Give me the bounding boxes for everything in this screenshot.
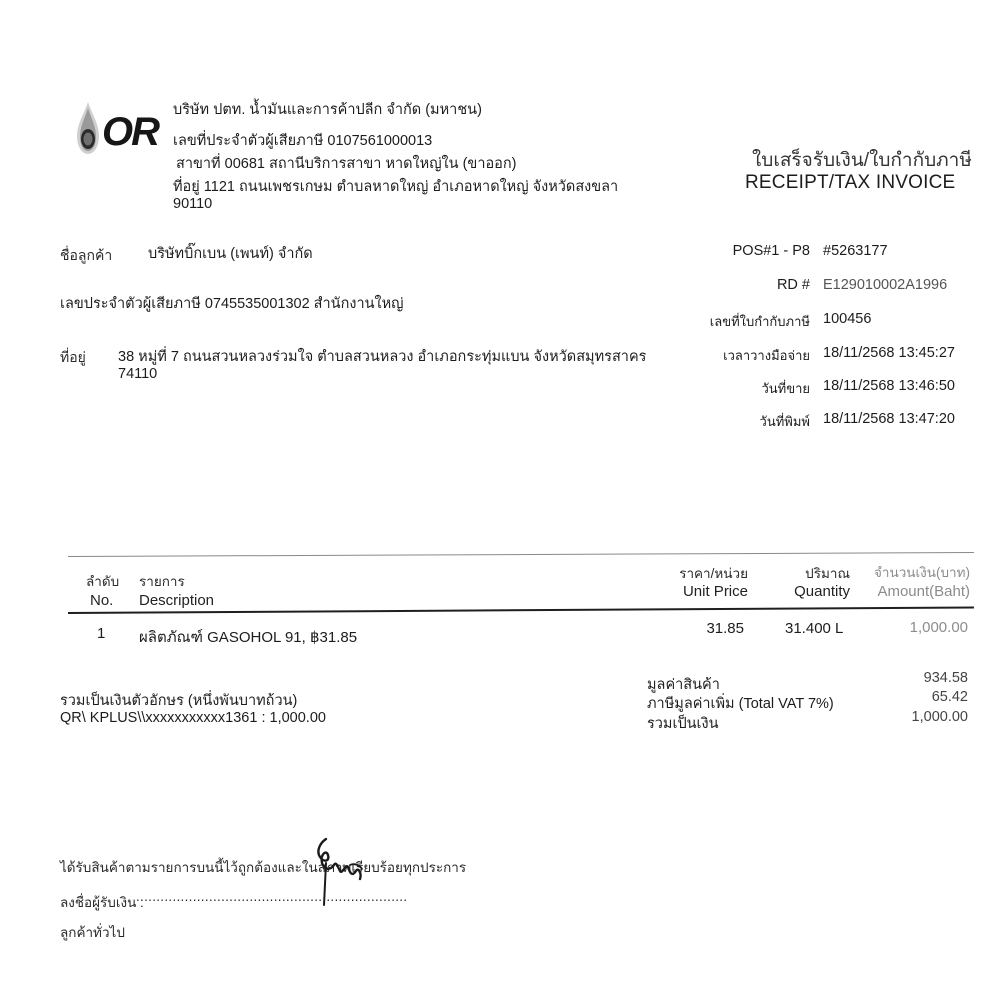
issuer-company-name: บริษัท ปตท. น้ำมันและการค้าปลีก จำกัด (ม… [173, 98, 482, 121]
issuer-branch: สาขาที่ 00681 สถานีบริการสาขา หาดใหญ่ใน … [176, 152, 516, 175]
table-top-rule [68, 552, 974, 557]
col-unit-price-thai: ราคา/หน่วย [660, 562, 748, 584]
rd-value: E129010002A1996 [823, 277, 947, 293]
customer-type: ลูกค้าทั่วไป [60, 921, 125, 943]
col-quantity-english: Quantity [770, 583, 850, 600]
print-date-value: 18/11/2568 13:47:20 [823, 411, 955, 427]
col-unit-price-english: Unit Price [660, 583, 748, 600]
customer-name-label: ชื่อลูกค้า [60, 245, 112, 267]
sale-date-label: วันที่ขาย [640, 378, 810, 399]
issuer-postal-code: 90110 [173, 196, 212, 212]
customer-address: 38 หมู่ที่ 7 ถนนสวนหลวงร่วมใจ ตำบลสวนหลว… [118, 345, 646, 368]
vat-value: 65.42 [860, 689, 968, 705]
pos-label: POS#1 - P8 [640, 243, 810, 259]
customer-postal-code: 74110 [118, 366, 157, 382]
sale-date-value: 18/11/2568 13:46:50 [823, 378, 955, 394]
row-no: 1 [97, 625, 105, 642]
tax-invoice-no-value: 100456 [823, 311, 871, 327]
col-no-english: No. [90, 592, 113, 609]
or-logo: OR [72, 98, 172, 160]
tax-invoice-no-label: เลขที่ใบกำกับภาษี [640, 311, 810, 332]
col-no-thai: ลำดับ [86, 570, 119, 592]
document-title-english: RECEIPT/TAX INVOICE [745, 172, 955, 194]
grand-total-value: 1,000.00 [860, 709, 968, 725]
signature-label: ลงชื่อผู้รับเงิน : [60, 891, 144, 913]
col-quantity-thai: ปริมาณ [770, 562, 850, 584]
issuer-tax-id: เลขที่ประจำตัวผู้เสียภาษี 0107561000013 [173, 129, 432, 152]
rd-label: RD # [640, 277, 810, 293]
row-description: ผลิตภัณฑ์ GASOHOL 91, ฿31.85 [139, 625, 357, 649]
payment-method: QR\ KPLUS\\xxxxxxxxxxx1361 : 1,000.00 [60, 710, 326, 726]
row-amount: 1,000.00 [860, 619, 968, 636]
nozzle-time-label: เวลาวางมือจ่าย [640, 345, 810, 366]
col-description-english: Description [139, 592, 214, 609]
col-amount-english: Amount(Baht) [860, 583, 970, 600]
customer-address-label: ที่อยู่ [60, 347, 86, 369]
pos-value: #5263177 [823, 243, 888, 259]
customer-name: บริษัทบิ๊กเบน (เพนท์) จำกัด [148, 242, 313, 265]
grand-total-label: รวมเป็นเงิน [647, 712, 719, 735]
col-description-thai: รายการ [139, 570, 185, 592]
handwritten-signature-icon [290, 833, 390, 913]
document-title-thai: ใบเสร็จรับเงิน/ใบกำกับภาษี [752, 145, 972, 175]
row-unit-price: 31.85 [660, 620, 744, 637]
amount-in-words: รวมเป็นเงินตัวอักษร (หนึ่งพันบาทถ้วน) [60, 689, 297, 712]
col-amount-thai: จำนวนเงิน(บาท) [860, 561, 970, 583]
subtotal-value: 934.58 [860, 670, 968, 686]
row-quantity: 31.400 L [785, 620, 843, 637]
nozzle-time-value: 18/11/2568 13:45:27 [823, 345, 955, 361]
logo-text: OR [102, 112, 158, 152]
issuer-address: ที่อยู่ 1121 ถนนเพชรเกษม ตำบลหาดใหญ่ อำเ… [173, 175, 618, 198]
droplet-logo-icon [74, 100, 102, 156]
customer-tax-id: เลขประจำตัวผู้เสียภาษี 0745535001302 สำน… [60, 292, 404, 315]
print-date-label: วันที่พิมพ์ [640, 411, 810, 432]
receipt-acknowledgement: ได้รับสินค้าตามรายการบนนี้ไว้ถูกต้องและใ… [60, 856, 466, 878]
